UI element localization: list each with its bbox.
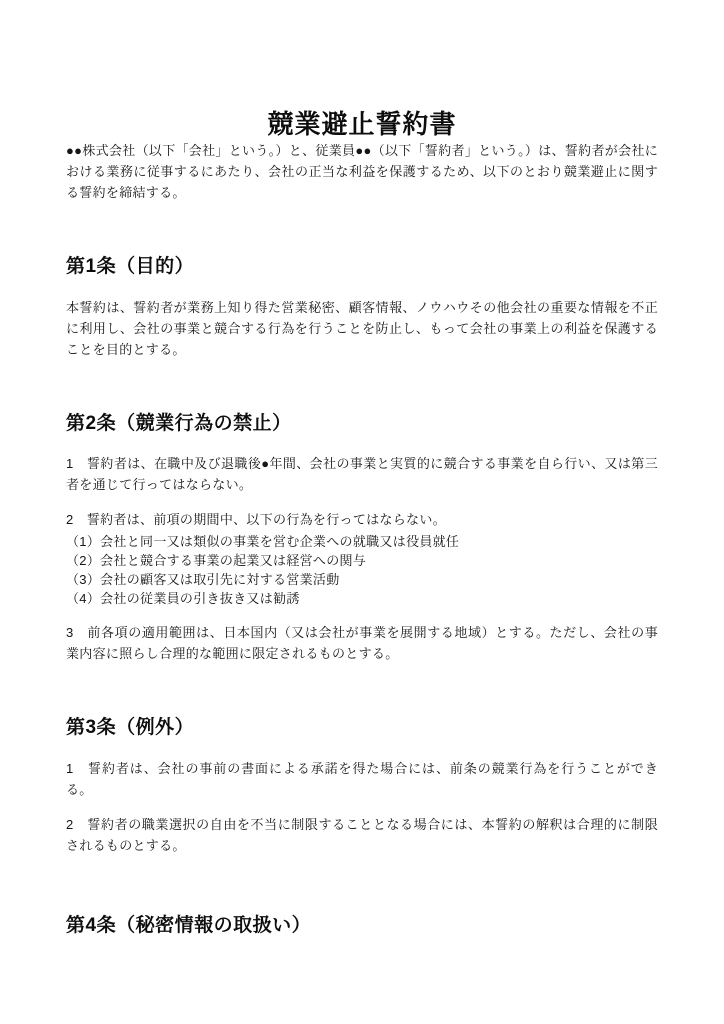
document-page: 競業避止誓約書 ●●株式会社（以下「会社」という。）と、従業員●●（以下「誓約者…: [0, 0, 724, 1024]
section-article-1: 第1条（目的） 本誓約は、誓約者が業務上知り得た営業秘密、顧客情報、ノウハウその…: [66, 255, 658, 360]
article-4-heading: 第4条（秘密情報の取扱い）: [66, 914, 658, 939]
article-1-heading: 第1条（目的）: [66, 255, 658, 280]
article-2-clause-1: 1 誓約者は、在職中及び退職後●年間、会社の事業と実質的に競合する事業を自ら行い…: [66, 453, 658, 495]
list-item: （4）会社の従業員の引き抜き又は勧誘: [66, 589, 658, 608]
list-item: （1）会社と同一又は類似の事業を営む企業への就職又は役員就任: [66, 532, 658, 551]
list-item: （3）会社の顧客又は取引先に対する営業活動: [66, 570, 658, 589]
article-2-item-list: （1）会社と同一又は類似の事業を営む企業への就職又は役員就任 （2）会社と競合す…: [66, 532, 658, 608]
article-3-clause-2: 2 誓約者の職業選択の自由を不当に制限することとなる場合には、本誓約の解釈は合理…: [66, 814, 658, 856]
article-2-clause-3: 3 前各項の適用範囲は、日本国内（又は会社が事業を展開する地域）とする。ただし、…: [66, 622, 658, 664]
article-1-paragraph: 本誓約は、誓約者が業務上知り得た営業秘密、顧客情報、ノウハウその他会社の重要な情…: [66, 297, 658, 360]
section-article-3: 第3条（例外） 1 誓約者は、会社の事前の書面による承諾を得た場合には、前条の競…: [66, 716, 658, 856]
section-article-4: 第4条（秘密情報の取扱い）: [66, 914, 658, 939]
list-item: （2）会社と競合する事業の起業又は経営への関与: [66, 551, 658, 570]
document-title: 競業避止誓約書: [66, 0, 658, 140]
intro-paragraph: ●●株式会社（以下「会社」という。）と、従業員●●（以下「誓約者」という。）は、…: [66, 140, 658, 203]
section-article-2: 第2条（競業行為の禁止） 1 誓約者は、在職中及び退職後●年間、会社の事業と実質…: [66, 412, 658, 665]
article-3-heading: 第3条（例外）: [66, 716, 658, 741]
article-2-heading: 第2条（競業行為の禁止）: [66, 412, 658, 437]
article-3-clause-1: 1 誓約者は、会社の事前の書面による承諾を得た場合には、前条の競業行為を行うこと…: [66, 758, 658, 800]
article-2-clause-2: 2 誓約者は、前項の期間中、以下の行為を行ってはならない。: [66, 509, 658, 530]
